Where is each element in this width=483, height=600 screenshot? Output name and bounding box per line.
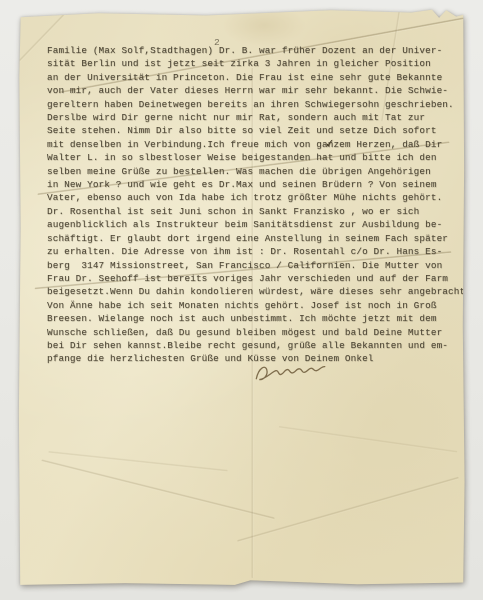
- letter-line: augenblicklich als Instrukteur beim Sani…: [47, 218, 465, 231]
- letter-line: selben meine Grüße zu bestellen. Was mac…: [47, 165, 465, 178]
- paper-crease: [237, 476, 459, 542]
- letter-line: Seite stehen. Nimm Dir also bitte so vie…: [47, 124, 465, 137]
- letter-body: Familie (Max Solf,Stadthagen) Dr. B. war…: [47, 44, 465, 366]
- letter-line: Walter L. in so slbestloser Weise beiges…: [47, 151, 465, 164]
- letter-line: mit denselben in Verbindung.Ich freue mi…: [47, 138, 465, 151]
- letter-line: sität Berlin und ist jetzt seit zirka 3 …: [47, 57, 465, 70]
- paper-crease: [41, 459, 275, 520]
- letter-line: Familie (Max Solf,Stadthagen) Dr. B. war…: [47, 44, 465, 57]
- letter-line: beigesetzt.Wenn Du dahin kondolieren wür…: [47, 285, 465, 298]
- letter-line: schäftigt. Er glaubt dort irgend eine An…: [47, 232, 465, 245]
- letter-line: Wunsche schließen, daß Du gesund bleiben…: [47, 326, 465, 339]
- signature-handwriting: [249, 356, 328, 388]
- paper-surface: 2 Familie (Max Solf,Stadthagen) Dr. B. w…: [18, 8, 465, 586]
- letter-line: Frau Dr. Seehoff ist bereits voriges Jah…: [47, 272, 465, 285]
- letter-line: Derslbe wird Dir gerne nicht nur mir Rat…: [47, 111, 465, 124]
- signature-text: Simon: [18, 8, 19, 9]
- pen-checkmark-icon: ✓: [326, 135, 334, 151]
- letter-line: zu erhalten. Die Adresse von ihm ist : D…: [47, 245, 465, 258]
- letter-line: berg 3147 Missionstreet, San Francisco /…: [47, 259, 465, 272]
- letter-line: in New York ? und wie geht es Dr.Max und…: [47, 178, 465, 191]
- letter-paper: 2 Familie (Max Solf,Stadthagen) Dr. B. w…: [18, 8, 465, 586]
- letter-line: gereltern haben Deinetwegen bereits an i…: [47, 98, 465, 111]
- letter-line: bei Dir sehen kannst.Bleibe recht gesund…: [47, 339, 465, 352]
- letter-line: an der Universität in Princeton. Die Fra…: [47, 71, 465, 84]
- paper-crease: [279, 425, 458, 453]
- letter-line: Breesen. Wielange noch ist auch unbestim…: [47, 312, 465, 325]
- letter-line: Dr. Rosenthal ist seit Juni schon in San…: [47, 205, 465, 218]
- letter-line: Vater, ebenso auch von Ida habe ich trot…: [47, 191, 465, 204]
- letter-line: Von Änne habe ich seit Monaten nichts ge…: [47, 299, 465, 312]
- paper-crease: [48, 451, 227, 473]
- letter-line: von mir, auch der Vater dieses Herrn war…: [47, 84, 465, 97]
